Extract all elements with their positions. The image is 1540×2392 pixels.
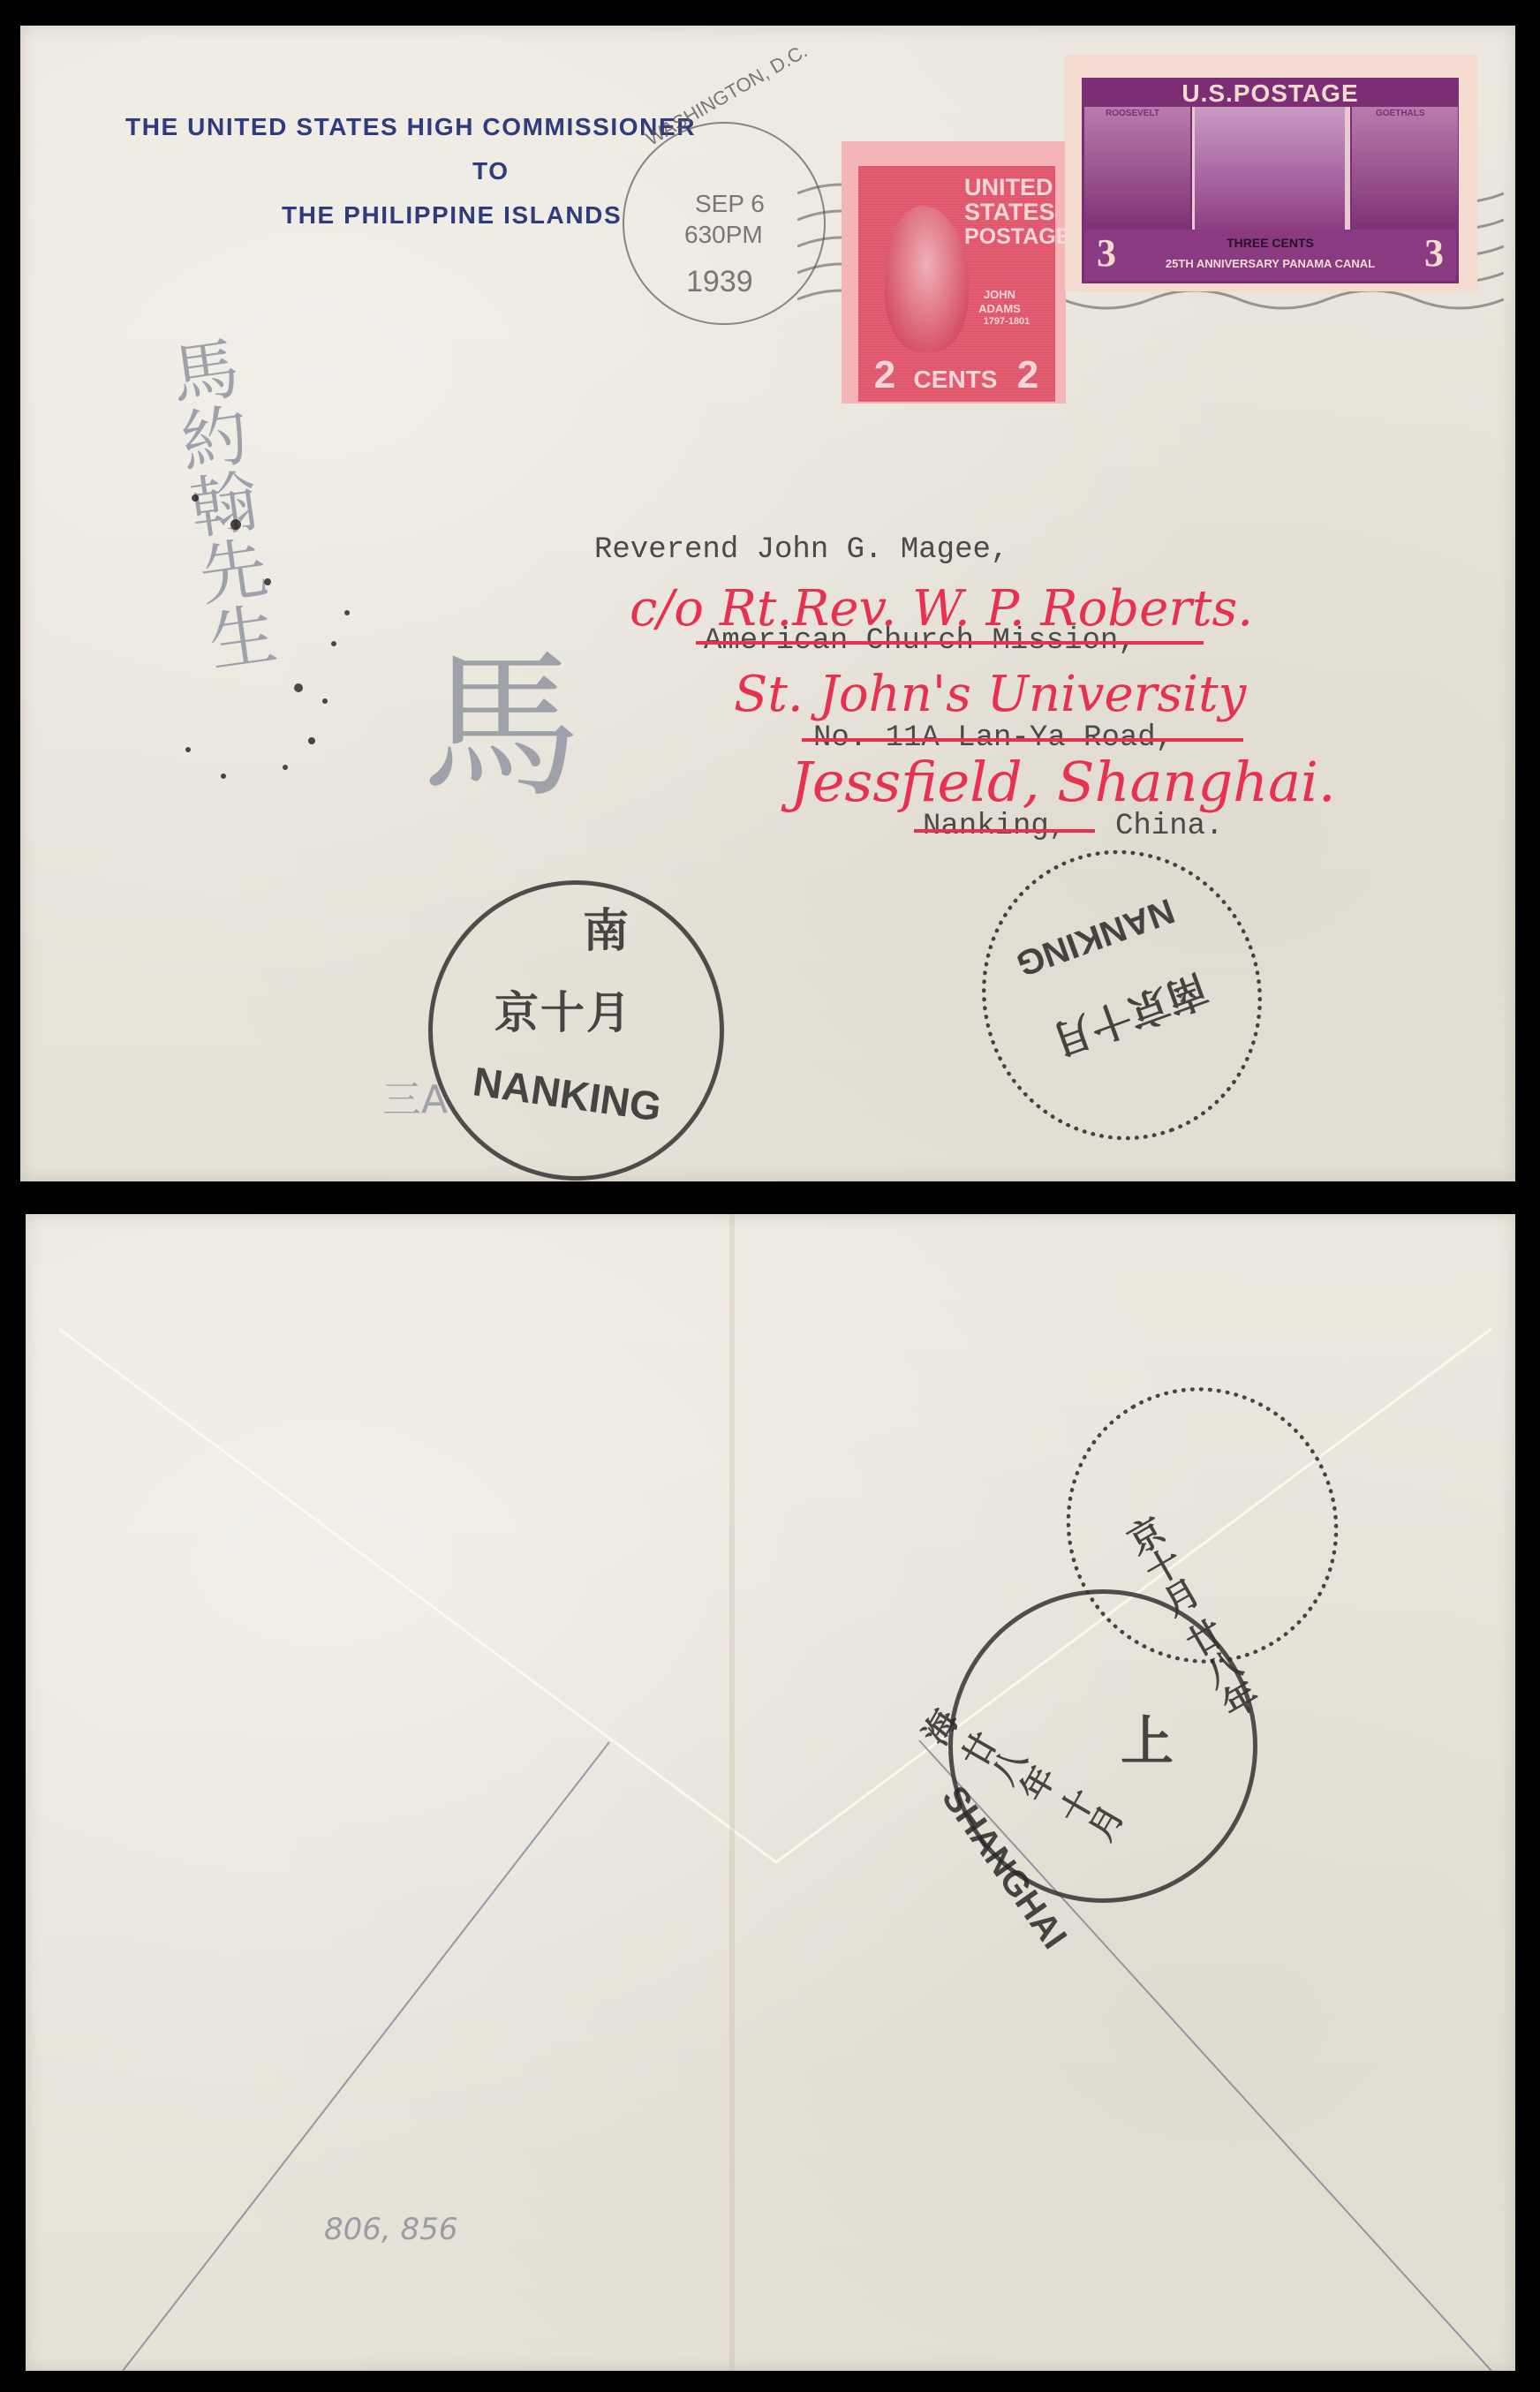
envelope-back: 京十月 廿八年 上 海 廿八年 十月 SHANGHAI 806, 856: [26, 1214, 1515, 2371]
stamp-2-cents-john-adams: UNITED STATES POSTAGE JOHN ADAMS 1797-18…: [842, 141, 1066, 404]
postmark-time: 630PM: [684, 221, 763, 249]
stamp-header-2: STATES: [964, 200, 1053, 224]
stamp-print-area: UNITED STATES POSTAGE JOHN ADAMS 1797-18…: [858, 166, 1055, 402]
pencil-chinese-character: 馬: [422, 600, 581, 827]
postmark-year: 1939: [686, 265, 753, 299]
washington-postmark: WASHINGTON, D.C. SEP 6 630PM 1939: [623, 122, 826, 325]
john-adams-portrait: [885, 206, 969, 351]
stamp-left-label: ROOSEVELT: [1106, 109, 1159, 118]
pencil-catalog-number: 806, 856: [324, 2212, 457, 2247]
stamp-value-right: 2: [1010, 353, 1046, 397]
postmark-romanized: NANKING: [470, 1057, 664, 1130]
postmark-top-character: 南: [583, 894, 629, 960]
stamp-value-left: 2: [867, 353, 902, 397]
stamp-value-label: THREE CENTS: [1084, 236, 1456, 250]
stamp-value-left: 3: [1097, 230, 1116, 275]
stamp-header-1: UNITED: [964, 175, 1053, 200]
strike-line-3: [802, 738, 1243, 742]
postmark-characters: 南京十月: [1044, 962, 1216, 1073]
stamp-3-cents-panama-canal: U.S.POSTAGE ROOSEVELT GOETHALS THREE CEN…: [1065, 55, 1477, 291]
redirect-handwritten-line-2: St. John's University: [734, 666, 1246, 723]
stamp-value-label: CENTS: [907, 366, 1004, 394]
envelope-front: THE UNITED STATES HIGH COMMISSIONER TO T…: [20, 26, 1515, 1181]
postmark-city: WASHINGTON, D.C.: [642, 40, 812, 151]
address-typed-line-4-country: China.: [1115, 810, 1223, 843]
postmark-date: SEP 6: [695, 190, 765, 218]
stamp-frame: U.S.POSTAGE ROOSEVELT GOETHALS THREE CEN…: [1082, 78, 1459, 283]
letterhead-line-2: TO: [472, 157, 510, 185]
letterhead-line-3: THE PHILIPPINE ISLANDS: [282, 201, 622, 230]
shanghai-postmark: 上 海 廿八年 十月 SHANGHAI: [948, 1589, 1257, 1903]
canal-ship-scene: [1195, 107, 1345, 235]
postmark-date-characters: 京十月: [494, 977, 632, 1041]
goethals-portrait: [1350, 107, 1458, 235]
letterhead-line-1: THE UNITED STATES HIGH COMMISSIONER: [125, 113, 696, 141]
redirect-handwritten-line-3: Jessfield, Shanghai.: [790, 750, 1336, 814]
postmark-romanized: NANKING: [1011, 890, 1180, 984]
stamp-value-right: 3: [1424, 230, 1444, 275]
nanking-postmark-solid: 南 京十月 NANKING: [428, 880, 724, 1181]
roosevelt-portrait: [1084, 107, 1192, 235]
stamp-name: JOHN ADAMS: [964, 288, 1035, 316]
stamp-caption: 25TH ANNIVERSARY PANAMA CANAL: [1084, 257, 1456, 270]
nanking-postmark-dotted: NANKING 南京十月: [941, 811, 1302, 1180]
stamp-header: U.S.POSTAGE: [1084, 79, 1456, 108]
redirect-handwritten-line-1: c/o Rt.Rev. W. P. Roberts.: [630, 580, 1253, 638]
stamp-header-3: POSTAGE: [964, 224, 1053, 249]
stamp-right-label: GOETHALS: [1376, 109, 1425, 118]
strike-line-4: [914, 829, 1095, 833]
address-typed-line-4-struck: Nanking,: [923, 810, 1067, 843]
stamp-years: 1797-1801: [971, 316, 1042, 327]
strike-line-2: [696, 641, 1204, 645]
envelope-flap-lines: [26, 1214, 1515, 2371]
address-typed-line-1: Reverend John G. Magee,: [594, 533, 1008, 567]
postmark-top-character: 上: [1121, 1700, 1174, 1776]
ink-spatter: [144, 485, 365, 838]
